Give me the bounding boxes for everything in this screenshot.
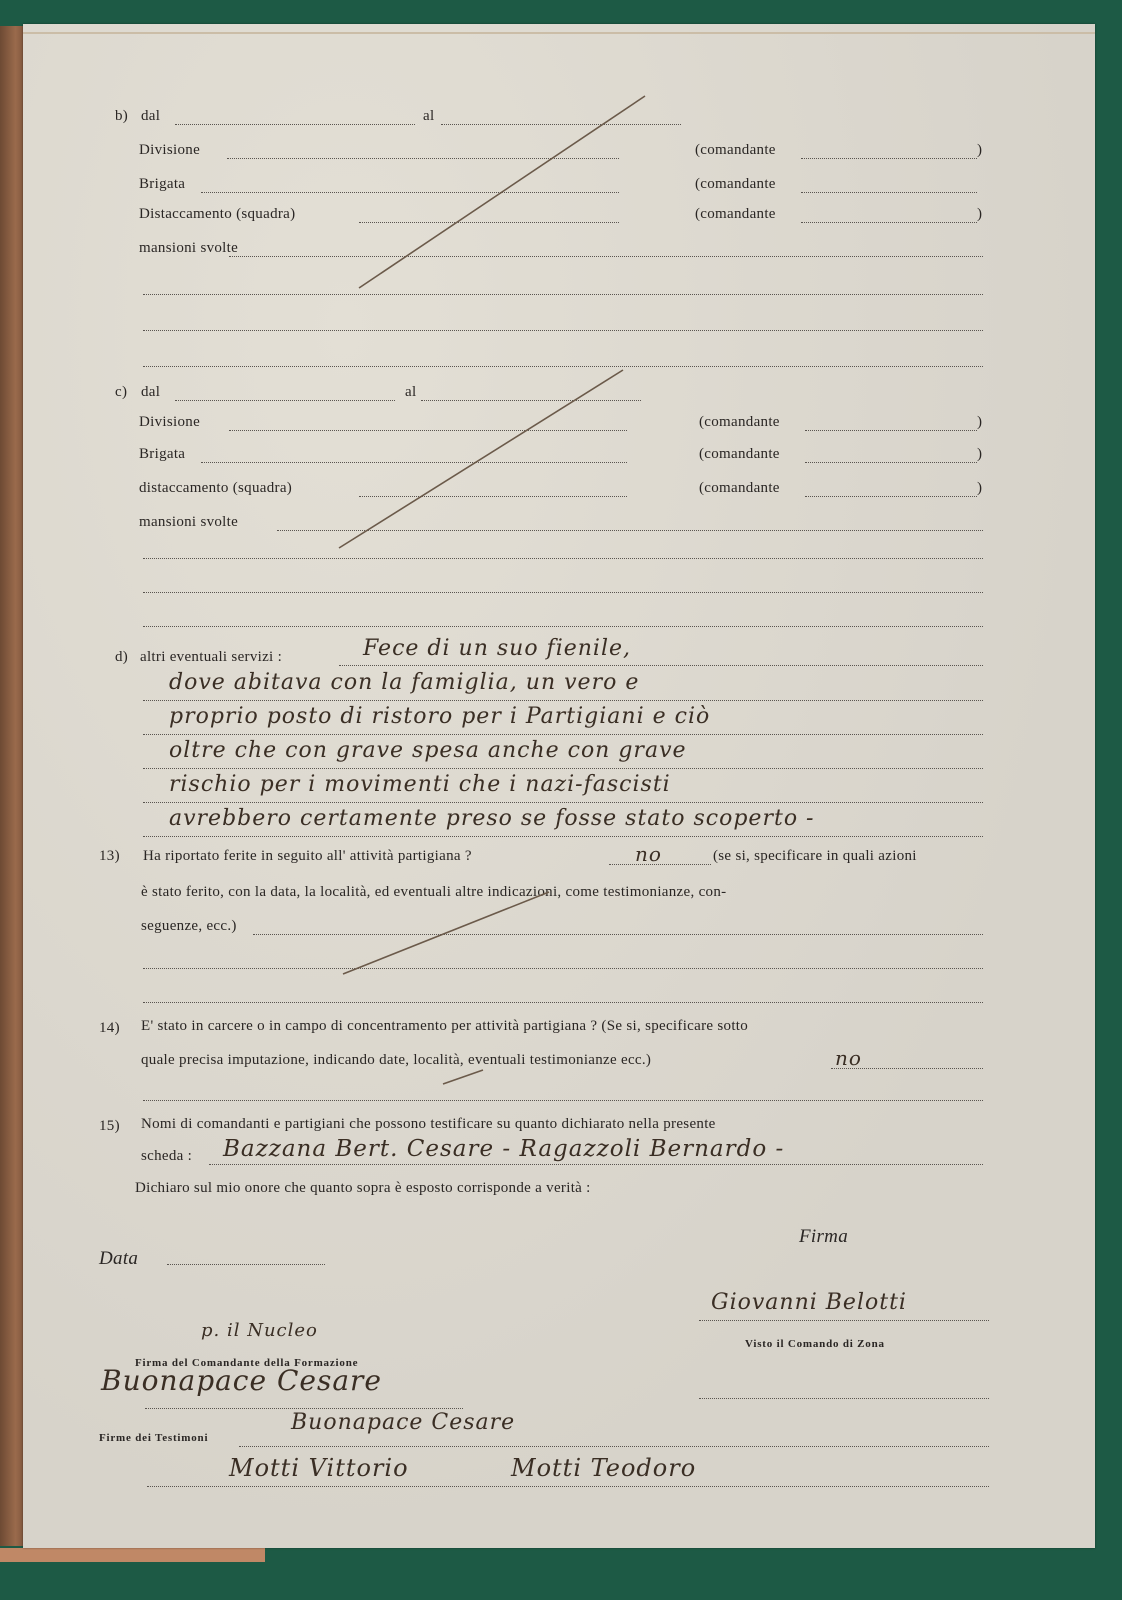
section-c-divisione-field[interactable] (229, 430, 627, 431)
section-b-mansioni-line-3[interactable] (143, 330, 983, 331)
testimone-signature-3: Motti Teodoro (511, 1454, 696, 1482)
visto-comando-label: Visto il Comando di Zona (745, 1338, 885, 1350)
section-d-line-2[interactable] (143, 700, 983, 701)
testimone-signature-1: Buonapace Cesare (291, 1410, 515, 1435)
q13-line-3-field[interactable] (143, 1002, 983, 1003)
section-b-dal-label: dal (141, 108, 160, 125)
section-d-line-3[interactable] (143, 734, 983, 735)
section-c-mansioni-label: mansioni svolte (139, 514, 238, 531)
wooden-frame-bottom (0, 1548, 265, 1562)
q15-number: 15) (99, 1118, 120, 1135)
section-b-al-label: al (423, 108, 434, 125)
testimoni-field-1[interactable] (239, 1446, 989, 1447)
section-d-field[interactable] (339, 665, 983, 666)
section-b-mansioni-line-2[interactable] (143, 294, 983, 295)
handwritten-line-2: dove abitava con la famiglia, un vero e (169, 670, 639, 695)
q13-answer: no (635, 842, 662, 866)
testimoni-field-2[interactable] (147, 1486, 989, 1487)
section-c-distaccamento-field[interactable] (359, 496, 627, 497)
section-b-dal-field[interactable] (175, 124, 415, 125)
section-c-divisione-label: Divisione (139, 414, 200, 431)
section-b-al-field[interactable] (441, 124, 681, 125)
section-c-dal-field[interactable] (175, 400, 395, 401)
section-b-mansioni-label: mansioni svolte (139, 240, 238, 257)
section-c-brigata-label: Brigata (139, 446, 185, 463)
close-paren: ) (977, 480, 982, 497)
section-d-line-5[interactable] (143, 802, 983, 803)
testimone-signature-2: Motti Vittorio (229, 1454, 409, 1482)
section-c-dal-label: dal (141, 384, 160, 401)
section-c-divisione-comandante-label: (comandante (699, 414, 780, 431)
q15-line-1: Nomi di comandanti e partigiani che poss… (141, 1116, 716, 1133)
handwritten-line-6: avrebbero certamente preso se fosse stat… (169, 806, 814, 831)
q15-answer-field[interactable] (209, 1164, 983, 1165)
strike-q14 (443, 1070, 483, 1084)
section-d-line-6[interactable] (143, 836, 983, 837)
section-b-brigata-comandante-label: (comandante (695, 176, 776, 193)
handwritten-line-5: rischio per i movimenti che i nazi-fasci… (169, 772, 671, 797)
section-b-brigata-comandante-field[interactable] (801, 192, 977, 193)
section-c-brigata-comandante-label: (comandante (699, 446, 780, 463)
q14-line-1: E' stato in carcere o in campo di concen… (141, 1018, 748, 1035)
q13-field[interactable] (253, 934, 983, 935)
section-c-al-label: al (405, 384, 416, 401)
section-c-brigata-comandante-field[interactable] (805, 462, 977, 463)
section-b-distaccamento-field[interactable] (359, 222, 619, 223)
section-c-al-field[interactable] (421, 400, 641, 401)
section-b-mansioni-line-4[interactable] (143, 366, 983, 367)
section-c-brigata-field[interactable] (201, 462, 627, 463)
testimoni-label: Firme dei Testimoni (99, 1432, 208, 1444)
close-paren: ) (977, 142, 982, 159)
q14-number: 14) (99, 1020, 120, 1037)
firma-field[interactable] (699, 1320, 989, 1321)
comandante-annotation: p. il Nucleo (201, 1320, 318, 1341)
section-b-divisione-comandante-label: (comandante (695, 142, 776, 159)
q14-line-3-field[interactable] (143, 1100, 983, 1101)
section-b-divisione-field[interactable] (227, 158, 619, 159)
firma-label: Firma (799, 1226, 848, 1248)
section-c-mansioni-line-2[interactable] (143, 558, 983, 559)
q13-line-3: seguenze, ecc.) (141, 918, 237, 935)
section-b-mansioni-field[interactable] (229, 256, 983, 257)
section-b-divisione-comandante-field[interactable] (801, 158, 977, 159)
q15-line-2-label: scheda : (141, 1148, 192, 1165)
visto-comando-field[interactable] (699, 1398, 989, 1399)
section-c-mansioni-line-3[interactable] (143, 592, 983, 593)
comandante-signature: Buonapace Cesare (101, 1364, 382, 1397)
handwritten-line-1: Fece di un suo fienile, (363, 636, 631, 661)
section-d-line-4[interactable] (143, 768, 983, 769)
handwritten-line-3: proprio posto di ristoro per i Partigian… (169, 704, 710, 729)
form-page: b) dal al Divisione (comandante ) Brigat… (23, 24, 1095, 1548)
section-c-distaccamento-comandante-field[interactable] (805, 496, 977, 497)
q13-line-1-tail: (se si, specificare in quali azioni (713, 848, 917, 865)
q13-line-2: è stato ferito, con la data, la località… (141, 884, 726, 901)
section-c-distaccamento-comandante-label: (comandante (699, 480, 780, 497)
q13-line-1: Ha riportato ferite in seguito all' atti… (143, 848, 472, 865)
section-d-marker: d) (115, 649, 128, 666)
close-paren: ) (977, 414, 982, 431)
q13-number: 13) (99, 848, 120, 865)
section-c-divisione-comandante-field[interactable] (805, 430, 977, 431)
firma-signature: Giovanni Belotti (711, 1290, 907, 1315)
q15-answer: Bazzana Bert. Cesare - Ragazzoli Bernard… (223, 1136, 784, 1162)
section-b-divisione-label: Divisione (139, 142, 200, 159)
section-b-brigata-label: Brigata (139, 176, 185, 193)
section-c-mansioni-line-4[interactable] (143, 626, 983, 627)
data-field[interactable] (167, 1264, 325, 1265)
close-paren: ) (977, 446, 982, 463)
handwritten-line-4: oltre che con grave spesa anche con grav… (169, 738, 687, 763)
section-c-marker: c) (115, 384, 127, 401)
strike-section-c (339, 370, 623, 548)
q14-line-2: quale precisa imputazione, indicando dat… (141, 1052, 651, 1069)
q14-answer: no (835, 1046, 862, 1070)
strike-q13 (343, 892, 549, 974)
section-b-distaccamento-comandante-field[interactable] (801, 222, 977, 223)
section-c-mansioni-field[interactable] (277, 530, 983, 531)
section-d-label: altri eventuali servizi : (140, 649, 282, 666)
section-c-distaccamento-label: distaccamento (squadra) (139, 480, 292, 497)
section-b-brigata-field[interactable] (201, 192, 619, 193)
section-b-distaccamento-label: Distaccamento (squadra) (139, 206, 295, 223)
close-paren: ) (977, 206, 982, 223)
declaration-text: Dichiaro sul mio onore che quanto sopra … (135, 1180, 591, 1197)
q13-line-2-field[interactable] (143, 968, 983, 969)
comandante-formazione-field[interactable] (145, 1408, 463, 1409)
data-label: Data (99, 1248, 138, 1270)
section-b-distaccamento-comandante-label: (comandante (695, 206, 776, 223)
section-b-marker: b) (115, 108, 128, 125)
